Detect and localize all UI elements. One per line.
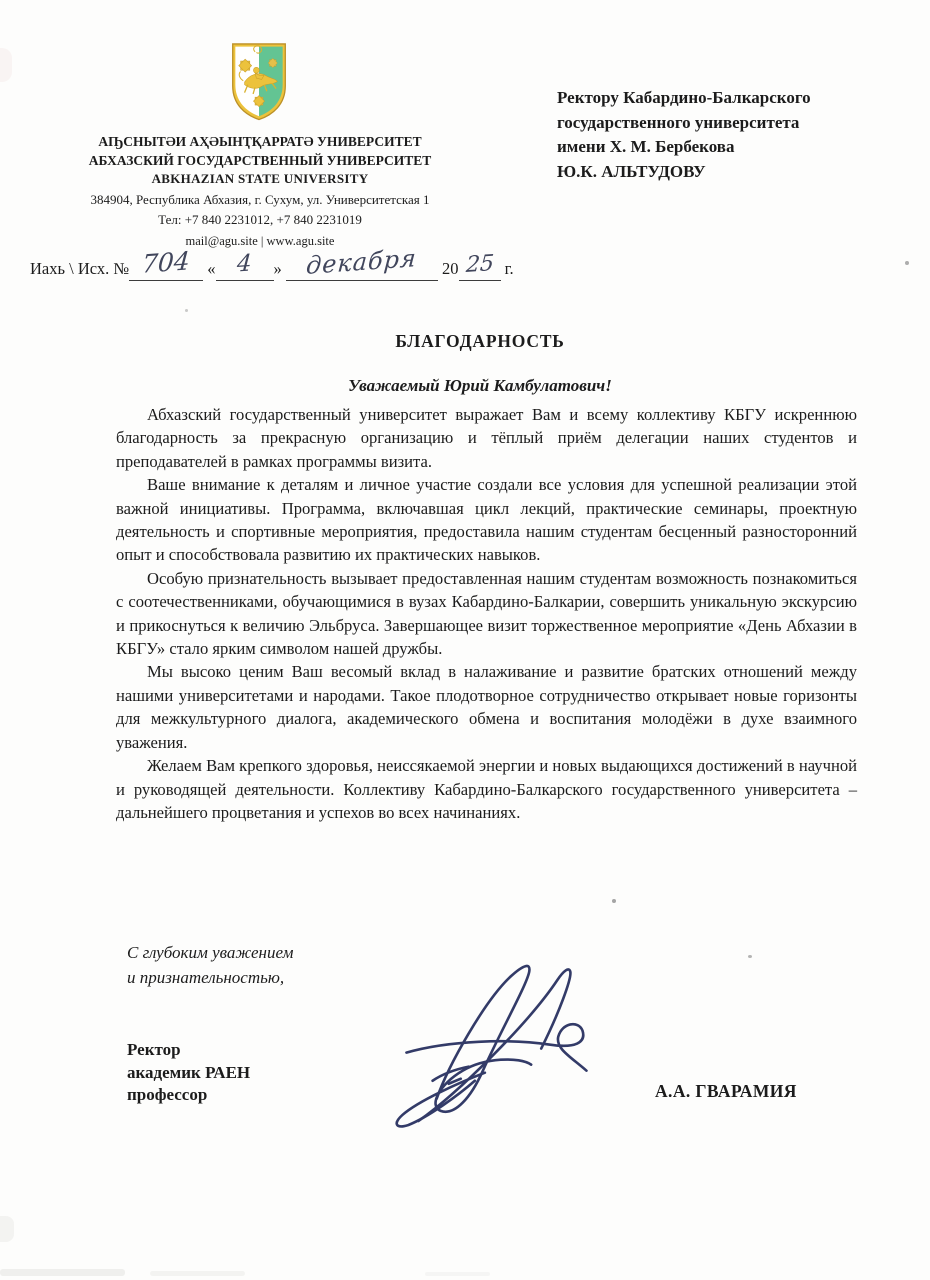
outgoing-number-blank: 704	[129, 251, 203, 281]
outgoing-number-handwritten: 704	[141, 246, 191, 279]
star-left	[239, 59, 252, 72]
closing-line: С глубоким уважением	[127, 941, 293, 966]
day-blank: 4	[216, 254, 274, 281]
scan-smudge	[0, 1216, 14, 1242]
letter-body: Абхазский государственный университет вы…	[116, 403, 857, 824]
signer-role-line: профессор	[127, 1084, 250, 1107]
signer-name: А.А. ГВАРАМИЯ	[655, 1081, 885, 1102]
signer-role-line: Ректор	[127, 1039, 250, 1062]
university-address: 384904, Республика Абхазия, г. Сухум, ул…	[20, 191, 500, 210]
scan-speck	[905, 261, 909, 265]
body-paragraph: Ваше внимание к деталям и личное участие…	[116, 473, 857, 567]
year-handwritten: 25	[465, 251, 495, 278]
body-paragraph: Мы высоко ценим Ваш весомый вклад в нала…	[116, 660, 857, 754]
handwritten-signature	[388, 952, 620, 1128]
closing-block: С глубоким уважением и признательностью,	[127, 941, 293, 990]
month-blank: декабря	[286, 252, 438, 281]
letterhead: АҦСНЫТӘИ АҲӘЫНҬҚАРРАТӘ УНИВЕРСИТЕТ АБХАЗ…	[20, 133, 500, 250]
university-name-english: ABKHAZIAN STATE UNIVERSITY	[20, 170, 500, 189]
university-name-abkhaz: АҦСНЫТӘИ АҲӘЫНҬҚАРРАТӘ УНИВЕРСИТЕТ	[20, 133, 500, 152]
recipient-line: государственного университета	[557, 111, 811, 136]
scanned-letter-page: АҦСНЫТӘИ АҲӘЫНҬҚАРРАТӘ УНИВЕРСИТЕТ АБХАЗ…	[0, 0, 930, 1280]
university-email-web: mail@agu.site | www.agu.site	[20, 232, 500, 251]
year-suffix: г.	[505, 259, 514, 278]
closing-line: и признательностью,	[127, 966, 293, 991]
scan-smudge	[0, 1269, 125, 1276]
salutation: Уважаемый Юрий Камбулатович!	[30, 376, 930, 396]
refline-prefix: Иахь \ Исх. №	[30, 259, 129, 278]
star-bottom	[253, 96, 264, 107]
scan-speck	[748, 955, 752, 958]
close-quote: »	[274, 259, 282, 278]
body-paragraph: Желаем Вам крепкого здоровья, неиссякаем…	[116, 754, 857, 824]
university-name-russian: АБХАЗСКИЙ ГОСУДАРСТВЕННЫЙ УНИВЕРСИТЕТ	[20, 152, 500, 171]
signer-role-line: академик РАЕН	[127, 1062, 250, 1085]
open-quote: «	[207, 259, 215, 278]
body-paragraph: Особую признательность вызывает предоста…	[116, 567, 857, 661]
scan-smudge	[0, 48, 12, 82]
reference-date-line: Иахь \ Исх. №704 «4» декабря 2025 г.	[30, 251, 514, 281]
university-emblem	[226, 40, 292, 132]
body-paragraph: Абхазский государственный университет вы…	[116, 403, 857, 473]
scan-speck	[612, 899, 616, 903]
recipient-block: Ректору Кабардино-Балкарского государств…	[557, 86, 811, 184]
recipient-line: Ректору Кабардино-Балкарского	[557, 86, 811, 111]
scan-speck	[185, 309, 188, 312]
year-printed: 20	[442, 259, 459, 278]
year-blank: 25	[459, 255, 501, 281]
university-phone: Тел: +7 840 2231012, +7 840 2231019	[20, 211, 500, 230]
recipient-line: имени Х. М. Бербекова	[557, 135, 811, 160]
signer-roles: Ректор академик РАЕН профессор	[127, 1039, 250, 1107]
star-right	[268, 58, 277, 67]
document-title: БЛАГОДАРНОСТЬ	[30, 331, 930, 352]
recipient-line: Ю.К. АЛЬТУДОВУ	[557, 160, 811, 185]
scan-smudge	[150, 1271, 245, 1276]
day-handwritten: 4	[236, 250, 252, 277]
scan-smudge	[425, 1272, 490, 1276]
